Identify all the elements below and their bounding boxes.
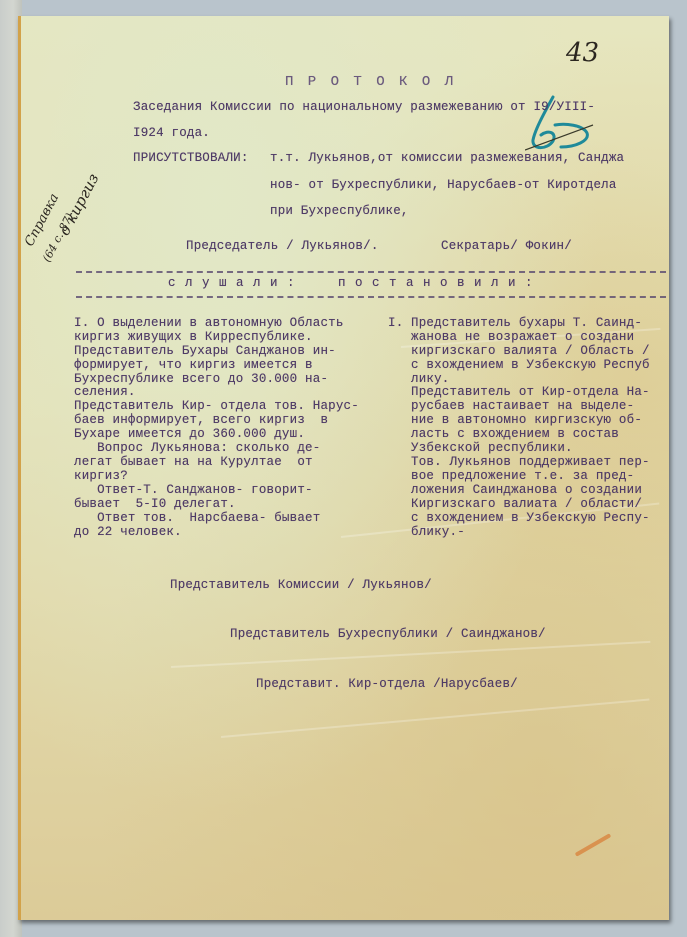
heard-line: Представитель Кир- отдела тов. Нарус- <box>74 399 359 414</box>
heard-line: I. О выделении в автономную Область <box>74 316 344 331</box>
present-label: ПРИСУТСТВОВАЛИ: <box>133 151 249 166</box>
heard-line: селения. <box>74 385 136 400</box>
resolved-line: Узбекской республики. <box>411 441 573 456</box>
dashed-rule <box>76 271 666 273</box>
heard-line: Вопрос Лукьянова: сколько де- <box>74 441 320 456</box>
heard-line: Бухаре имеется до 360.000 душ. <box>74 427 305 442</box>
present-line: т.т. Лукьянов,от комиссии размежевания, … <box>270 151 624 166</box>
signature-commission: Представитель Комиссии / Лукьянов/ <box>170 578 432 593</box>
present-line: нов- от Бухреспублики, Нарусбаев-от Киро… <box>270 178 617 193</box>
resolved-line: Киргизскаго валиата / области/ <box>411 497 642 512</box>
resolved-line: Тов. Лукьянов поддерживает пер- <box>411 455 650 470</box>
heard-line: Ответ-Т. Санджанов- говорит- <box>74 483 313 498</box>
heard-line: киргиз живущих в Кирреспублике. <box>74 330 313 345</box>
paper-crease <box>221 699 650 738</box>
heard-line: Ответ тов. Нарсбаева- бывает <box>74 511 320 526</box>
column-header-resolved: п о с т а н о в и л и : <box>338 276 534 291</box>
heard-line: баев информирует, всего киргиз в <box>74 413 328 428</box>
column-header-heard: с л у ш а л и : <box>168 276 296 291</box>
secretary: Секратарь/ Фокин/ <box>441 239 572 254</box>
resolved-line: русбаев настаивает на выделе- <box>411 399 634 414</box>
resolved-line: ласть с вхождением в состав <box>411 427 619 442</box>
signature-kir-department: Представит. Кир-отдела /Нарусбаев/ <box>256 677 518 692</box>
document-title: П Р О Т О К О Л <box>285 75 456 90</box>
heard-line: формирует, что киргиз имеется в <box>74 358 313 373</box>
heard-line: легат бывает на на Курултае от <box>74 455 313 470</box>
resolved-line: Представитель бухары Т. Саинд- <box>411 316 642 331</box>
heard-line: Представитель Бухары Санджанов ин- <box>74 344 336 359</box>
meeting-subtitle-line2: I924 года. <box>133 126 210 141</box>
resolved-line: ложения Саинджанова о создании <box>411 483 642 498</box>
resolved-line: блику.- <box>411 525 465 540</box>
resolved-line: киргизскаго валията / Область / <box>411 344 650 359</box>
resolved-line: с вхождением в Узбекскую Респуб <box>411 358 650 373</box>
resolved-line: ние в автономно киргизскую об- <box>411 413 642 428</box>
resolved-line: Представитель от Кир-отдела На- <box>411 385 650 400</box>
dashed-rule <box>76 296 666 298</box>
paper-crease <box>171 641 650 668</box>
chairman: Председатель / Лукьянов/. <box>186 239 379 254</box>
resolved-number: I. <box>388 316 403 331</box>
heard-line: киргиз? <box>74 469 128 484</box>
resolved-line: жанова не возражает о создани <box>411 330 634 345</box>
present-line: при Бухреспублике, <box>270 204 409 219</box>
resolved-line: с вхождением в Узбекскую Респу- <box>411 511 650 526</box>
heard-line: до 22 человек. <box>74 525 182 540</box>
handwritten-page-number: 43 <box>566 38 599 68</box>
heard-line: бывает 5-I0 делегат. <box>74 497 236 512</box>
signature-bukhara: Представитель Бухреспублики / Саинджанов… <box>230 627 546 642</box>
resolved-line: вое предложение т.е. за пред- <box>411 469 634 484</box>
meeting-subtitle-line1: Заседания Комиссии по национальному разм… <box>133 100 595 115</box>
